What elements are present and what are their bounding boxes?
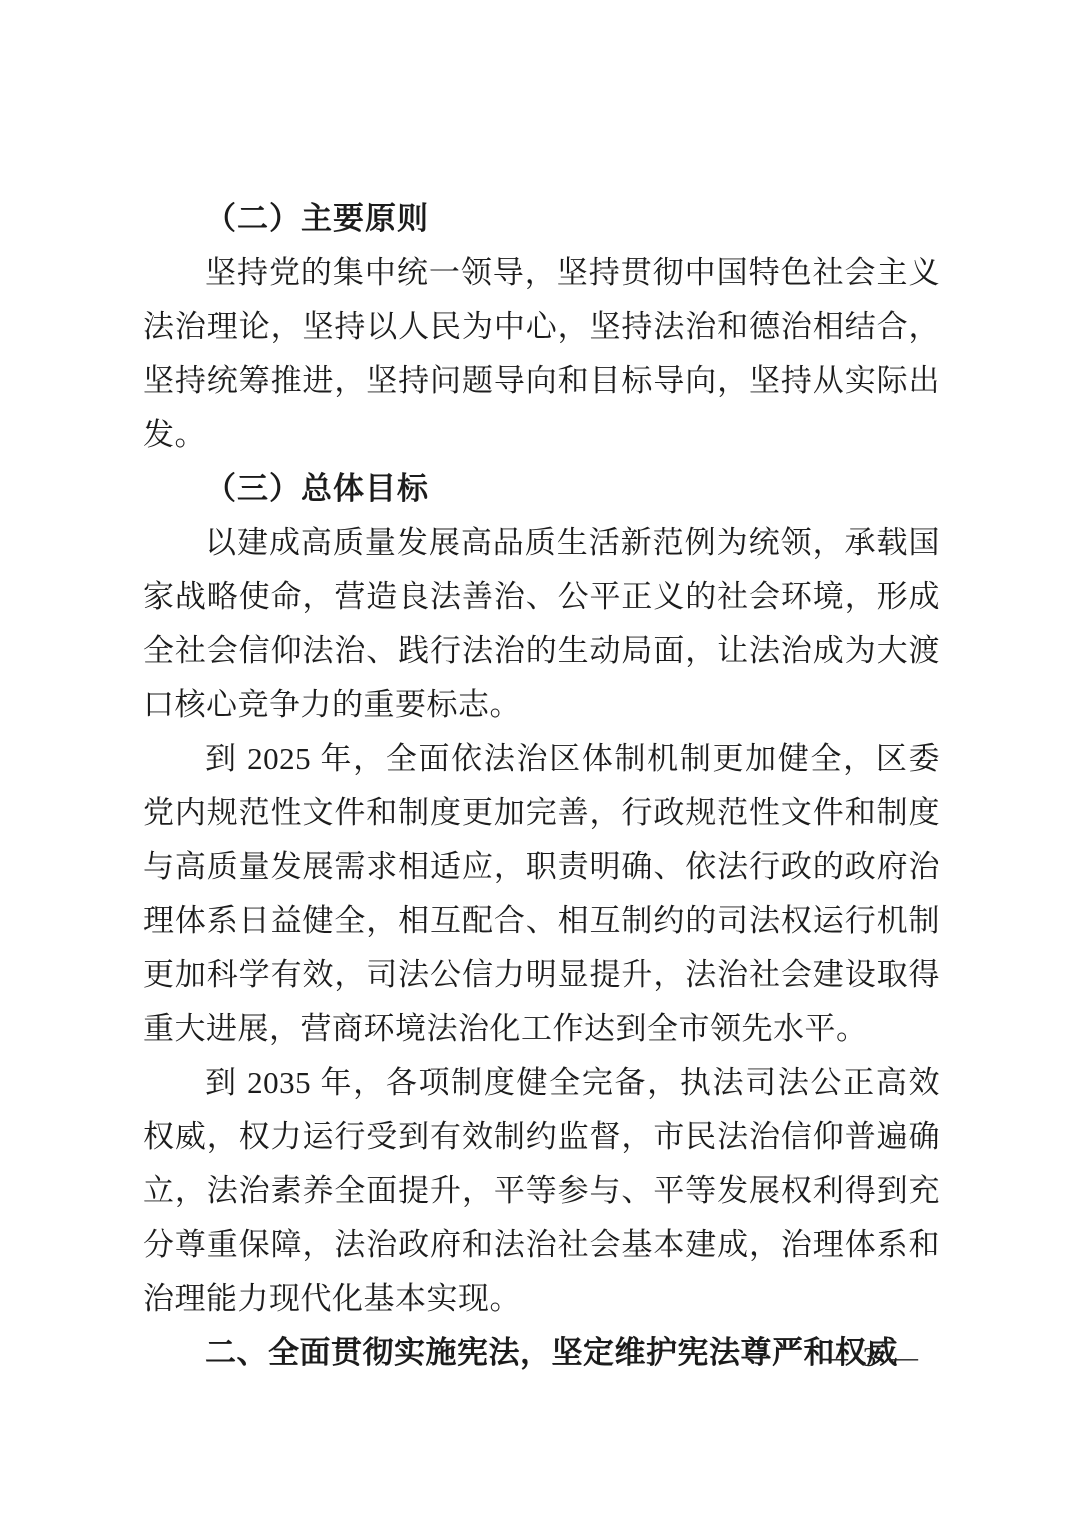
paragraph-overall-goal: 以建成高质量发展高品质生活新范例为统领，承载国家战略使命，营造良法善治、公平正义… — [143, 516, 940, 732]
document-page: （二）主要原则 坚持党的集中统一领导，坚持贯彻中国特色社会主义法治理论，坚持以人… — [0, 0, 1074, 1520]
paragraph-principles: 坚持党的集中统一领导，坚持贯彻中国特色社会主义法治理论，坚持以人民为中心，坚持法… — [143, 246, 940, 462]
document-body: （二）主要原则 坚持党的集中统一领导，坚持贯彻中国特色社会主义法治理论，坚持以人… — [143, 192, 940, 1380]
paragraph-2035-goal: 到 2035 年，各项制度健全完备，执法司法公正高效权威，权力运行受到有效制约监… — [143, 1056, 940, 1326]
subsection-heading-2: （二）主要原则 — [143, 192, 940, 246]
paragraph-2025-goal: 到 2025 年，全面依法治区体制机制更加健全，区委党内规范性文件和制度更加完善… — [143, 732, 940, 1056]
subsection-heading-3: （三）总体目标 — [143, 462, 940, 516]
page-number: — 3 — — [821, 1342, 922, 1373]
